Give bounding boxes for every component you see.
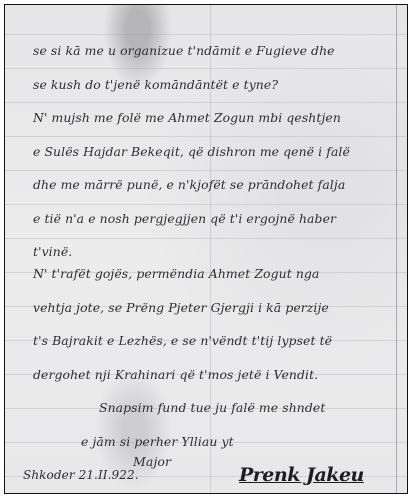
letter-line: t'vinë. — [33, 242, 393, 264]
paper-edge — [396, 5, 397, 493]
letter-line: e tië n'a e nosh pergjegjjen që t'i ergo… — [33, 209, 393, 243]
closing-line: Snapsim fund tue ju falë me shndet — [33, 398, 393, 432]
letter-body: se si kā me u organizue t'ndāmit e Fugie… — [33, 41, 393, 494]
letter-line: dhe me mārrë punë, e n'kjofët se prāndoh… — [33, 175, 393, 209]
closing-line: e jām si perher Ylliau yt — [33, 432, 393, 458]
signature-block: Shkoder 21.II.922. Major Prenk Jakeu — [33, 458, 393, 495]
letter-line: N' t'rafët gojës, permëndia Ahmet Zogut … — [33, 264, 393, 298]
place-date: Shkoder 21.II.922. — [23, 468, 139, 482]
letter-line: N' mujsh me folë me Ahmet Zogun mbi qesh… — [33, 108, 393, 142]
rank: Major — [133, 454, 171, 469]
signature: Prenk Jakeu — [239, 464, 364, 486]
letter-line: se kush do t'jenë komāndāntët e tyne? — [33, 75, 393, 109]
letter-line: dergohet nji Krahinari që t'mos jetë i V… — [33, 365, 393, 399]
letter-line: e Sulës Hajdar Bekeqit, që dishron me qe… — [33, 142, 393, 176]
letter-line: t's Bajrakit e Lezhës, e se n'vëndt t'ti… — [33, 331, 393, 365]
letter-line: vehtja jote, se Prëng Pjeter Gjergji i k… — [33, 298, 393, 332]
scanned-letter-page: se si kā me u organizue t'ndāmit e Fugie… — [4, 4, 408, 494]
letter-line: se si kā me u organizue t'ndāmit e Fugie… — [33, 41, 393, 75]
